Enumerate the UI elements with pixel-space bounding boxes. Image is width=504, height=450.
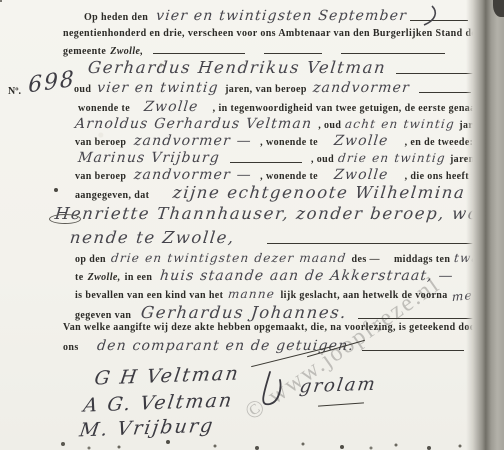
handwritten-witness2-age: drie en twintig [337, 151, 446, 165]
printed-text: aangegeven, dat [75, 190, 149, 201]
act-line-child-sex: is bevallen van een kind van het manne l… [75, 287, 504, 301]
printed-text: ons [63, 342, 79, 353]
ink-speckles [0, 0, 2, 2]
blank-rule [267, 241, 477, 244]
handwritten-age: vier en twintig [96, 80, 219, 96]
act-line-age-occupation: oud vier en twintig jaren, van beroep za… [74, 80, 474, 96]
handwritten-residence: Zwolle [333, 167, 389, 183]
act-line-birth-place: te Zwolle, in een huis staande aan de Ak… [75, 268, 454, 284]
printed-text: gegeven van [75, 310, 131, 321]
act-line-residence: wonende te Zwolle , in tegenwoordigheid … [78, 99, 504, 115]
blank-rule [264, 51, 322, 54]
handwritten-declarant-name: Gerhardus Hendrikus Veltman [87, 58, 387, 77]
act-line-year: negentienhonderd en drie, verscheen voor… [63, 28, 445, 39]
printed-text: Op heden den [84, 12, 148, 23]
blank-rule [396, 71, 476, 74]
printed-text: van beroep [75, 171, 126, 182]
printed-text: middags ten [394, 254, 450, 265]
printed-text: , wonende te [260, 171, 318, 182]
act-line-declaration: aangegeven, dat zijne echtgenoote Wilhel… [75, 183, 466, 202]
pen-oval-mark [49, 214, 81, 224]
printed-text: te [75, 272, 84, 283]
printed-municipality: Zwolle, [110, 46, 143, 57]
handwritten-mother-residence: nende te Zwolle, [69, 228, 236, 247]
signature-declarant: G H Veltman [93, 362, 241, 389]
act-line-birth-date: op den drie en twintigsten dezer maand d… [75, 251, 504, 265]
printed-text: op den [75, 254, 106, 265]
printed-text: negentienhonderd en drie, verscheen voor… [63, 28, 445, 39]
act-line-gemeente: gemeente Zwolle, [63, 46, 448, 57]
printed-text: wonende te [78, 103, 130, 114]
blank-rule [362, 348, 464, 351]
handwritten-witness1-name: Arnoldus Gerhardus Veltman [74, 116, 313, 132]
printed-text: , die ons heeft [405, 171, 469, 182]
act-line-signers: ons den comparant en de getuigen. [63, 338, 467, 354]
printed-text: in een [125, 272, 153, 283]
pen-flourish [412, 4, 438, 28]
act-line-witness1: Arnoldus Gerhardus Veltman , oud acht en… [75, 116, 487, 132]
handwritten-sex: manne [228, 287, 277, 301]
handwritten-occupation: zandvormer [312, 80, 411, 96]
act-line-witness2: Marinus Vrijburg , oud drie en twintig j… [78, 150, 477, 166]
handwritten-witness2-name: Marinus Vrijburg [77, 150, 221, 166]
blank-rule [419, 90, 471, 93]
signature-official: grolam [298, 374, 378, 398]
printed-text: Van welke aangifte wij deze akte hebben … [63, 322, 455, 333]
page-binding-edge [466, 0, 504, 450]
act-line-witness1-occupation: van beroep zandvormer — , wonende te Zwo… [75, 133, 473, 149]
blank-rule [153, 51, 245, 54]
printed-text: des — [352, 254, 380, 265]
handwritten-residence: Zwolle [333, 133, 389, 149]
printed-text: gemeente [63, 46, 106, 57]
act-line-witness2-occupation: van beroep zandvormer — , wonende te Zwo… [75, 167, 469, 183]
handwritten-birth-day: drie en twintigsten dezer maand [110, 251, 347, 265]
act-line-child-names: gegeven van Gerhardus Johannes. [75, 303, 485, 322]
handwritten-mother-name-part2: Henriette Thannhauser, zonder beroep, wo… [54, 204, 487, 223]
printed-text: , oud [311, 154, 334, 165]
act-line-closing: Van welke aangifte wij deze akte hebben … [63, 322, 455, 333]
signature-witness1: A G. Veltman [82, 389, 235, 416]
signature-underline [318, 402, 364, 406]
birth-certificate-scan: © www.joopfreze.nl Op heden den vier en … [0, 0, 504, 450]
act-line-declarant-name: Gerhardus Hendrikus Veltman [88, 58, 479, 77]
printed-text: , oud [318, 120, 341, 131]
printed-municipality: Zwolle, [88, 272, 121, 283]
handwritten-date: vier en twintigsten September [155, 8, 408, 24]
printed-text: oud [74, 84, 91, 95]
act-line-mother-residence: nende te Zwolle, [70, 228, 480, 247]
printed-text: , in tegenwoordigheid van twee getuigen,… [213, 103, 504, 114]
printed-text: , wonende te [260, 137, 318, 148]
handwritten-child-names: Gerhardus Johannes. [140, 303, 348, 322]
blank-rule [230, 160, 302, 163]
blank-rule [358, 316, 482, 319]
handwritten-occupation: zandvormer — [133, 167, 253, 183]
printed-text: lijk geslacht, aan hetwelk de voorna [280, 290, 447, 301]
handwritten-signers: den comparant en de getuigen. [96, 338, 355, 354]
official-signature-flourish [252, 368, 302, 410]
printed-text: van beroep [75, 137, 126, 148]
record-number-value: 698 [28, 67, 76, 99]
printed-text: jaren, van beroep [225, 84, 307, 95]
blank-rule [341, 51, 445, 54]
handwritten-birth-address: huis staande aan de Akkerstraat, — [160, 268, 455, 284]
act-line-mother-name: Henriette Thannhauser, zonder beroep, wo… [55, 204, 487, 223]
handwritten-occupation: zandvormer — [133, 133, 253, 149]
signature-witness2: M. Vrijburg [78, 415, 216, 442]
printed-text: , en de tweede: [405, 137, 474, 148]
handwritten-witness1-age: acht en twintig [345, 117, 456, 131]
handwritten-residence: Zwolle [143, 99, 199, 115]
record-number-label: Nº. [8, 86, 21, 97]
handwritten-mother-name-part1: zijne echtgenoote Wilhelmina [172, 183, 467, 202]
printed-text: is bevallen van een kind van het [75, 290, 223, 301]
